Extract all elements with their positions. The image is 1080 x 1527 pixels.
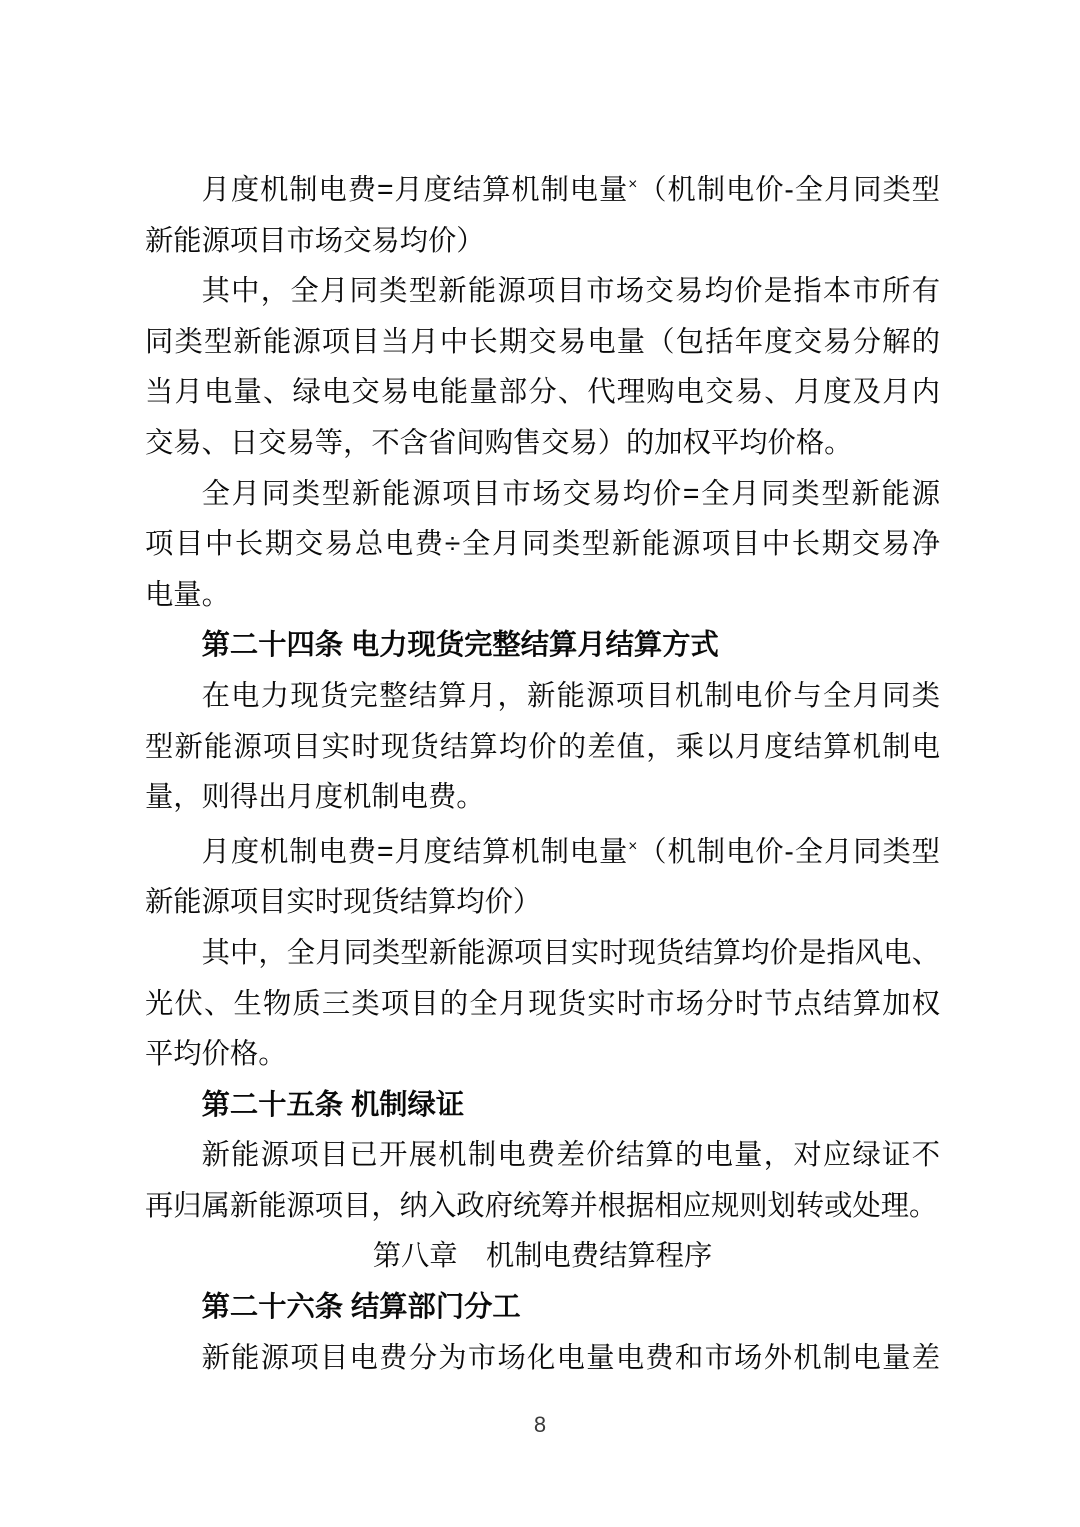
text-line: 量，则得出月度机制电费。 — [145, 771, 940, 822]
text-line: 当月电量、绿电交易电能量部分、代理购电交易、月度及月内 — [145, 366, 940, 417]
text-line: 光伏、生物质三类项目的全月现货实时市场分时节点结算加权 — [145, 978, 940, 1029]
heading-line: 第二十五条 机制绿证 — [145, 1079, 940, 1130]
para-fee-division: 新能源项目电费分为市场化电量电费和市场外机制电量差 — [145, 1332, 940, 1383]
text-line: 平均价格。 — [145, 1028, 940, 1079]
text-line: 电量。 — [145, 569, 940, 620]
chapter-8-heading: 第八章 机制电费结算程序 — [145, 1230, 940, 1281]
formula-monthly-fee-spot-avg: 月度机制电费=月度结算机制电量×（机制电价-全月同类型 新能源项目实时现货结算均… — [145, 822, 940, 927]
para-spot-avg-definition: 其中，全月同类型新能源项目实时现货结算均价是指风电、 光伏、生物质三类项目的全月… — [145, 927, 940, 1079]
text-line: 在电力现货完整结算月，新能源项目机制电价与全月同类 — [145, 670, 940, 721]
text-line: 全月同类型新能源项目市场交易均价=全月同类型新能源 — [145, 468, 940, 519]
heading-article-24: 第二十四条 电力现货完整结算月结算方式 — [145, 619, 940, 670]
text-line: 新能源项目电费分为市场化电量电费和市场外机制电量差 — [145, 1332, 940, 1383]
heading-article-25: 第二十五条 机制绿证 — [145, 1079, 940, 1130]
text-line: 新能源项目市场交易均价） — [145, 215, 940, 266]
para-green-certificate: 新能源项目已开展机制电费差价结算的电量，对应绿证不 再归属新能源项目，纳入政府统… — [145, 1129, 940, 1230]
chapter-title: 第八章 机制电费结算程序 — [145, 1230, 940, 1281]
formula-suffix: （机制电价-全月同类型 — [637, 173, 940, 205]
text-line: 型新能源项目实时现货结算均价的差值，乘以月度结算机制电 — [145, 721, 940, 772]
text-line: 月度机制电费=月度结算机制电量×（机制电价-全月同类型 — [145, 822, 940, 877]
formula-monthly-fee-market-avg: 月度机制电费=月度结算机制电量×（机制电价-全月同类型 新能源项目市场交易均价） — [145, 160, 940, 265]
para-spot-settlement-description: 在电力现货完整结算月，新能源项目机制电价与全月同类 型新能源项目实时现货结算均价… — [145, 670, 940, 822]
text-line: 其中，全月同类型新能源项目实时现货结算均价是指风电、 — [145, 927, 940, 978]
heading-line: 第二十六条 结算部门分工 — [145, 1281, 940, 1332]
multiply-operator: × — [628, 176, 637, 193]
text-line: 月度机制电费=月度结算机制电量×（机制电价-全月同类型 — [145, 160, 940, 215]
formula-prefix: 月度机制电费=月度结算机制电量 — [202, 835, 629, 867]
para-market-avg-definition: 其中，全月同类型新能源项目市场交易均价是指本市所有 同类型新能源项目当月中长期交… — [145, 265, 940, 467]
document-body: 月度机制电费=月度结算机制电量×（机制电价-全月同类型 新能源项目市场交易均价）… — [145, 160, 940, 1382]
formula-suffix: （机制电价-全月同类型 — [637, 835, 940, 867]
heading-article-26: 第二十六条 结算部门分工 — [145, 1281, 940, 1332]
text-line: 同类型新能源项目当月中长期交易电量（包括年度交易分解的 — [145, 316, 940, 367]
page-number: 8 — [0, 1412, 1080, 1438]
formula-prefix: 月度机制电费=月度结算机制电量 — [202, 173, 629, 205]
text-line: 新能源项目实时现货结算均价） — [145, 876, 940, 927]
text-line: 交易、日交易等，不含省间购售交易）的加权平均价格。 — [145, 417, 940, 468]
text-line: 项目中长期交易总电费÷全月同类型新能源项目中长期交易净 — [145, 518, 940, 569]
para-market-avg-formula: 全月同类型新能源项目市场交易均价=全月同类型新能源 项目中长期交易总电费÷全月同… — [145, 468, 940, 620]
text-line: 其中，全月同类型新能源项目市场交易均价是指本市所有 — [145, 265, 940, 316]
text-line: 新能源项目已开展机制电费差价结算的电量，对应绿证不 — [145, 1129, 940, 1180]
document-page: 月度机制电费=月度结算机制电量×（机制电价-全月同类型 新能源项目市场交易均价）… — [0, 0, 1080, 1527]
multiply-operator: × — [628, 838, 637, 855]
text-line: 再归属新能源项目，纳入政府统筹并根据相应规则划转或处理。 — [145, 1180, 940, 1231]
heading-line: 第二十四条 电力现货完整结算月结算方式 — [145, 619, 940, 670]
